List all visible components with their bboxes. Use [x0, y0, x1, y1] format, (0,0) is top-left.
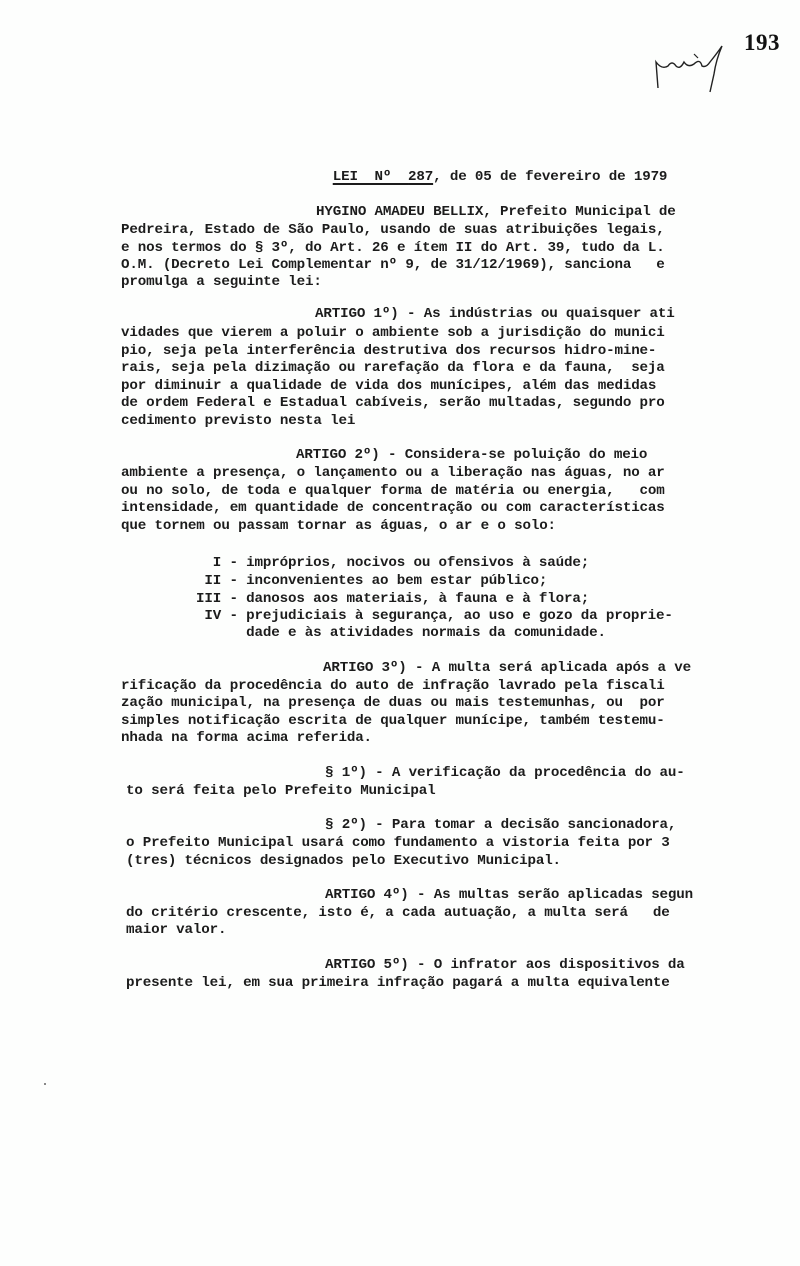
- artigo-line: ARTIGO 3º) - A multa será aplicada após …: [323, 659, 691, 677]
- list-item: IV - prejudiciais à segurança, ao uso e …: [196, 607, 673, 625]
- preamble-line: promulga a seguinte lei:: [121, 273, 322, 291]
- artigo-line: de ordem Federal e Estadual cabíveis, se…: [121, 394, 665, 412]
- paragrafo-line: § 2º) - Para tomar a decisão sancionador…: [325, 816, 676, 834]
- list-item: dade e às atividades normais da comunida…: [196, 624, 606, 642]
- preamble-line: e nos termos do § 3º, do Art. 26 e ítem …: [121, 239, 665, 257]
- artigo-line: zação municipal, na presença de duas ou …: [121, 694, 665, 712]
- artigo-line: ambiente a presença, o lançamento ou a l…: [121, 464, 665, 482]
- artigo-line: vidades que vierem a poluir o ambiente s…: [121, 324, 665, 342]
- artigo-line: presente lei, em sua primeira infração p…: [126, 974, 670, 992]
- artigo-line: rificação da procedência do auto de infr…: [121, 677, 665, 695]
- artigo-line: que tornem ou passam tornar as águas, o …: [121, 517, 556, 535]
- artigo-line: intensidade, em quantidade de concentraç…: [121, 499, 665, 517]
- artigo-line: cedimento previsto nesta lei: [121, 412, 355, 430]
- paragrafo-line: to será feita pelo Prefeito Municipal: [126, 782, 435, 800]
- artigo-line: maior valor.: [126, 921, 226, 939]
- paragrafo-line: § 1º) - A verificação da procedência do …: [325, 764, 685, 782]
- list-item: II - inconvenientes ao bem estar público…: [196, 572, 547, 590]
- scan-speck: [44, 1083, 46, 1085]
- list-item: III - danosos aos materiais, à fauna e à…: [196, 590, 589, 608]
- artigo-line: ARTIGO 5º) - O infrator aos dispositivos…: [325, 956, 685, 974]
- paragrafo-line: (tres) técnicos designados pelo Executiv…: [126, 852, 561, 870]
- preamble-line: HYGINO AMADEU BELLIX, Prefeito Municipal…: [316, 203, 676, 221]
- artigo-line: do critério crescente, isto é, a cada au…: [126, 904, 670, 922]
- preamble-line: O.M. (Decreto Lei Complementar nº 9, de …: [121, 256, 665, 274]
- artigo-line: nhada na forma acima referida.: [121, 729, 372, 747]
- law-prefix: LEI Nº: [333, 169, 408, 185]
- artigo-line: ARTIGO 1º) - As indústrias ou quaisquer …: [315, 305, 675, 323]
- artigo-line: por diminuir a qualidade de vida dos mun…: [121, 377, 656, 395]
- artigo-line: ARTIGO 2º) - Considera-se poluição do me…: [296, 446, 647, 464]
- law-date: , de 05 de fevereiro de 1979: [433, 169, 667, 185]
- signature-initials: [650, 40, 750, 95]
- paragrafo-line: o Prefeito Municipal usará como fundamen…: [126, 834, 670, 852]
- list-item: I - impróprios, nocivos ou ofensivos à s…: [196, 554, 589, 572]
- artigo-line: ou no solo, de toda e qualquer forma de …: [121, 482, 665, 500]
- artigo-line: simples notificação escrita de qualquer …: [121, 712, 665, 730]
- law-number: 287: [408, 169, 433, 185]
- artigo-line: pio, seja pela interferência destrutiva …: [121, 342, 656, 360]
- artigo-line: rais, seja pela dizimação ou rarefação d…: [121, 359, 665, 377]
- artigo-line: ARTIGO 4º) - As multas serão aplicadas s…: [325, 886, 693, 904]
- law-title: LEI Nº 287, de 05 de fevereiro de 1979: [316, 150, 667, 186]
- preamble-line: Pedreira, Estado de São Paulo, usando de…: [121, 221, 665, 239]
